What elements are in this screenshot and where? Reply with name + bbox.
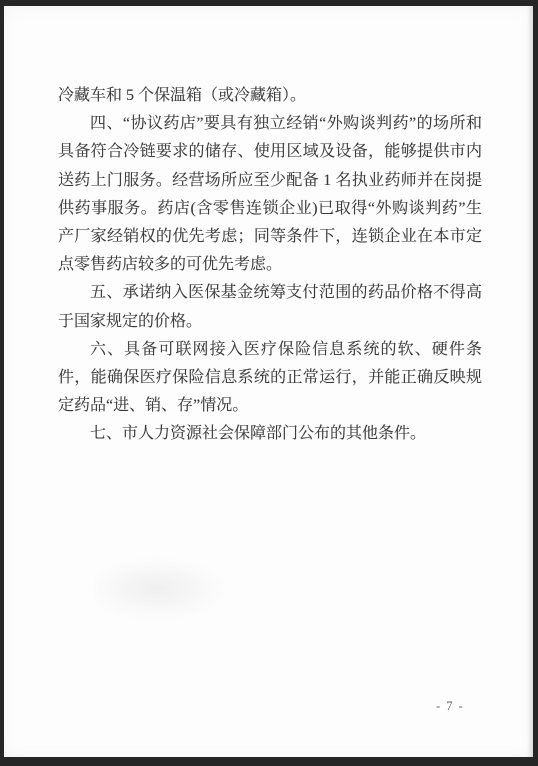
document-body: 冷藏车和 5 个保温箱（或冷藏箱）。 四、“协议药店”要具有独立经销“外购谈判药… [58, 82, 482, 449]
scan-smudge [94, 554, 234, 624]
body-paragraph-clause-6: 六、具备可联网接入医疗保险信息系统的软、硬件条件，能确保医疗保险信息系统的正常运… [58, 336, 482, 421]
scan-edge-shadow [527, 6, 533, 757]
body-paragraph-clause-5: 五、承诺纳入医保基金统筹支付范围的药品价格不得高于国家规定的价格。 [58, 279, 482, 335]
document-page: 冷藏车和 5 个保温箱（或冷藏箱）。 四、“协议药店”要具有独立经销“外购谈判药… [4, 6, 533, 757]
page-number: - 7 - [436, 699, 464, 714]
scan-background: { "page": { "background_color": "#262626… [0, 0, 538, 766]
body-paragraph-clause-4: 四、“协议药店”要具有独立经销“外购谈判药”的场所和具备符合冷链要求的储存、使用… [58, 110, 482, 279]
body-paragraph-continuation: 冷藏车和 5 个保温箱（或冷藏箱）。 [58, 82, 482, 110]
body-paragraph-clause-7: 七、市人力资源社会保障部门公布的其他条件。 [58, 420, 482, 448]
